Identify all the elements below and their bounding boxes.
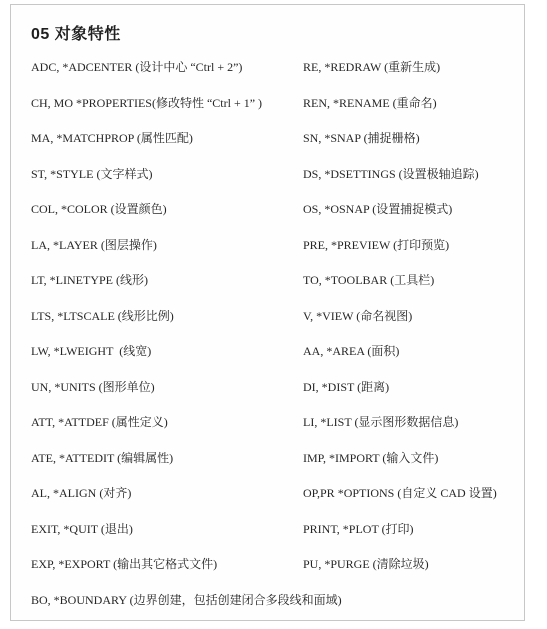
shortcut-right: LI, *LIST (显示图形数据信息) xyxy=(303,415,516,451)
shortcut-row: LW, *LWEIGHT (线宽) AA, *AREA (面积) xyxy=(31,344,516,380)
shortcut-left: LA, *LAYER (图层操作) xyxy=(31,238,303,274)
shortcut-right: IMP, *IMPORT (输入文件) xyxy=(303,451,516,487)
shortcut-left: LW, *LWEIGHT (线宽) xyxy=(31,344,303,380)
shortcut-right: OP,PR *OPTIONS (自定义 CAD 设置) xyxy=(303,486,516,522)
shortcut-right: TO, *TOOLBAR (工具栏) xyxy=(303,273,516,309)
shortcut-left: CH, MO *PROPERTIES(修改特性 “Ctrl + 1” ) xyxy=(31,96,303,132)
shortcut-left: ADC, *ADCENTER (设计中心 “Ctrl + 2”) xyxy=(31,60,303,96)
shortcut-row: ATT, *ATTDEF (属性定义) LI, *LIST (显示图形数据信息) xyxy=(31,415,516,451)
shortcut-row: LA, *LAYER (图层操作) PRE, *PREVIEW (打印预览) xyxy=(31,238,516,274)
shortcut-left: LT, *LINETYPE (线形) xyxy=(31,273,303,309)
shortcut-right: RE, *REDRAW (重新生成) xyxy=(303,60,516,96)
shortcut-left: MA, *MATCHPROP (属性匹配) xyxy=(31,131,303,167)
page-title: 05 对象特性 xyxy=(31,25,516,44)
shortcut-right: AA, *AREA (面积) xyxy=(303,344,516,380)
shortcut-right: SN, *SNAP (捕捉栅格) xyxy=(303,131,516,167)
shortcut-left: LTS, *LTSCALE (线形比例) xyxy=(31,309,303,345)
shortcut-row: ATE, *ATTEDIT (编辑属性) IMP, *IMPORT (输入文件) xyxy=(31,451,516,487)
shortcut-left: EXP, *EXPORT (输出其它格式文件) xyxy=(31,557,303,593)
shortcut-left: AL, *ALIGN (对齐) xyxy=(31,486,303,522)
shortcut-row: AL, *ALIGN (对齐) OP,PR *OPTIONS (自定义 CAD … xyxy=(31,486,516,522)
shortcut-list: ADC, *ADCENTER (设计中心 “Ctrl + 2”) RE, *RE… xyxy=(31,60,516,607)
shortcut-row: CH, MO *PROPERTIES(修改特性 “Ctrl + 1” ) REN… xyxy=(31,96,516,132)
shortcut-row: ADC, *ADCENTER (设计中心 “Ctrl + 2”) RE, *RE… xyxy=(31,60,516,96)
shortcut-left: EXIT, *QUIT (退出) xyxy=(31,522,303,558)
shortcut-row: ST, *STYLE (文字样式) DS, *DSETTINGS (设置极轴追踪… xyxy=(31,167,516,203)
shortcut-left: ST, *STYLE (文字样式) xyxy=(31,167,303,203)
shortcut-right: V, *VIEW (命名视图) xyxy=(303,309,516,345)
shortcut-right: PU, *PURGE (清除垃圾) xyxy=(303,557,516,593)
shortcut-right: DI, *DIST (距离) xyxy=(303,380,516,416)
shortcut-right: REN, *RENAME (重命名) xyxy=(303,96,516,132)
shortcut-left: ATE, *ATTEDIT (编辑属性) xyxy=(31,451,303,487)
shortcut-row: LTS, *LTSCALE (线形比例) V, *VIEW (命名视图) xyxy=(31,309,516,345)
shortcut-row: COL, *COLOR (设置颜色) OS, *OSNAP (设置捕捉模式) xyxy=(31,202,516,238)
shortcut-right: PRE, *PREVIEW (打印预览) xyxy=(303,238,516,274)
shortcut-footer: BO, *BOUNDARY (边界创建，包括创建闭合多段线和面域) xyxy=(31,593,516,607)
shortcut-row: MA, *MATCHPROP (属性匹配) SN, *SNAP (捕捉栅格) xyxy=(31,131,516,167)
shortcut-left: COL, *COLOR (设置颜色) xyxy=(31,202,303,238)
shortcut-right: OS, *OSNAP (设置捕捉模式) xyxy=(303,202,516,238)
document-frame: 05 对象特性 ADC, *ADCENTER (设计中心 “Ctrl + 2”)… xyxy=(10,4,525,621)
shortcut-right: PRINT, *PLOT (打印) xyxy=(303,522,516,558)
shortcut-row: EXP, *EXPORT (输出其它格式文件) PU, *PURGE (清除垃圾… xyxy=(31,557,516,593)
shortcut-row: UN, *UNITS (图形单位) DI, *DIST (距离) xyxy=(31,380,516,416)
shortcut-left: ATT, *ATTDEF (属性定义) xyxy=(31,415,303,451)
shortcut-row: EXIT, *QUIT (退出) PRINT, *PLOT (打印) xyxy=(31,522,516,558)
shortcut-left: UN, *UNITS (图形单位) xyxy=(31,380,303,416)
shortcut-right: DS, *DSETTINGS (设置极轴追踪) xyxy=(303,167,516,203)
shortcut-row: LT, *LINETYPE (线形) TO, *TOOLBAR (工具栏) xyxy=(31,273,516,309)
